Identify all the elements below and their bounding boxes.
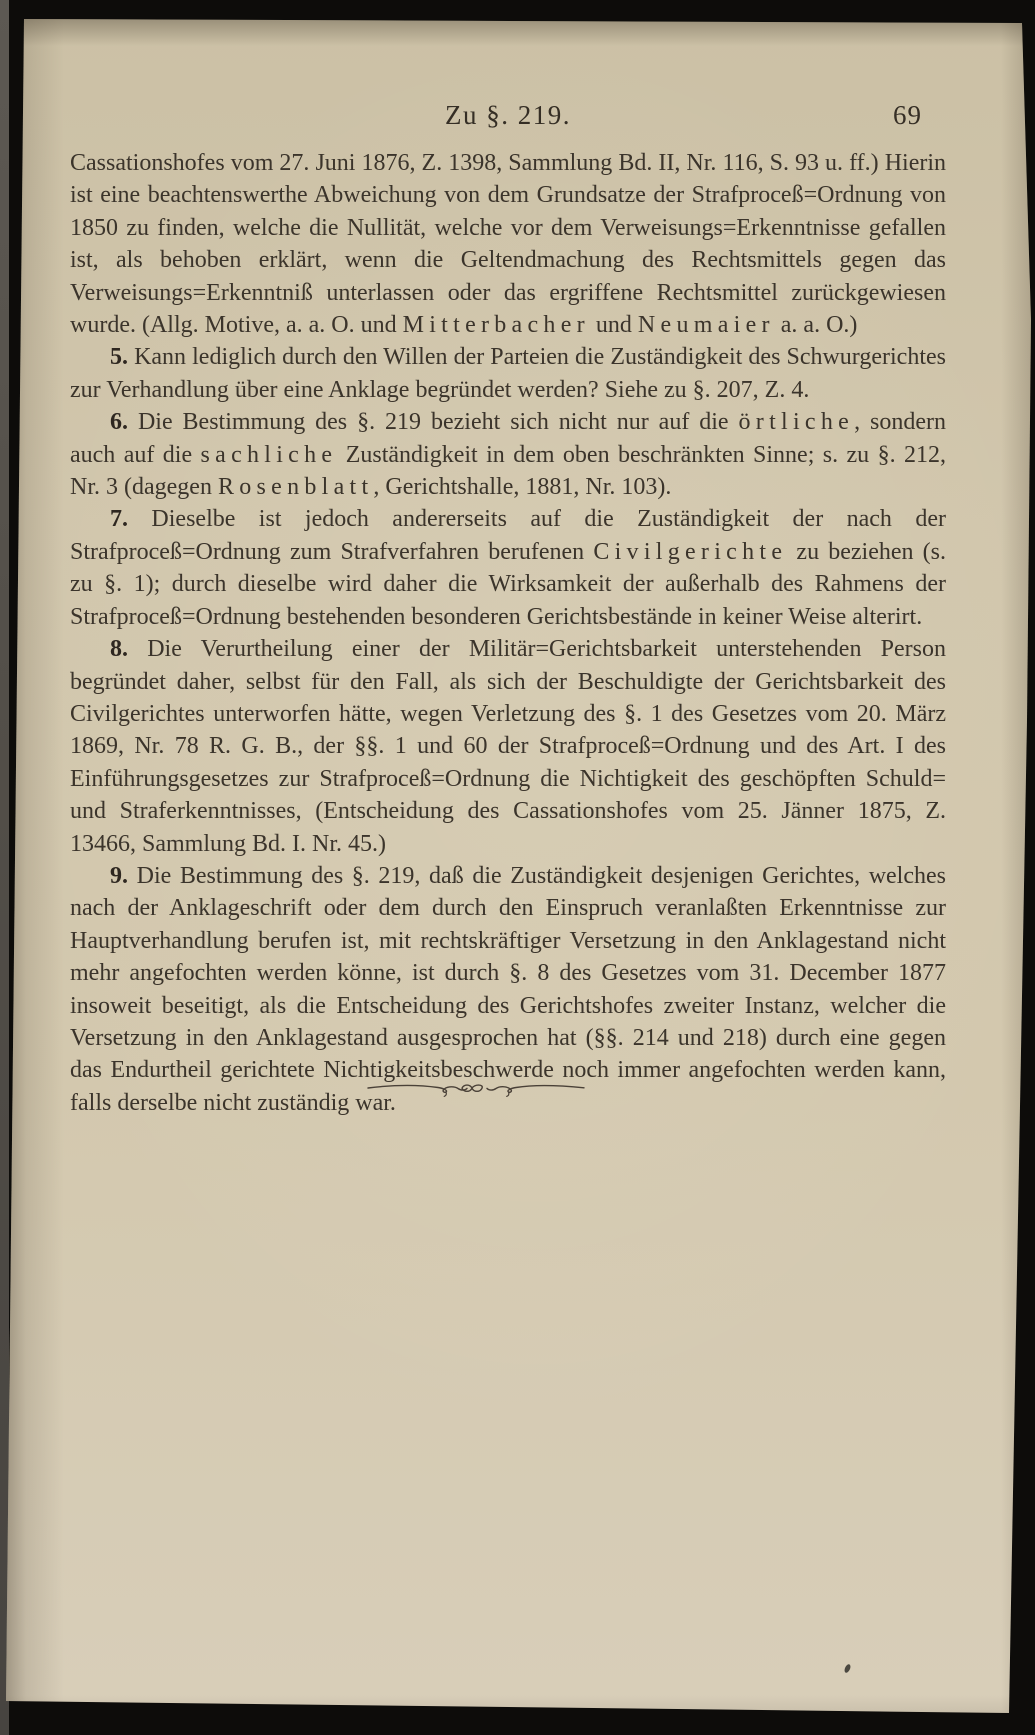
emphasized-name: örtliche — [739, 409, 855, 435]
text-block: Cassationshofes vom 27. Juni 1876, Z. 13… — [70, 147, 946, 1119]
item-number: 9. — [110, 863, 128, 889]
paragraph: 7. Dieselbe ist jedoch andererseits auf … — [70, 503, 946, 633]
item-number: 8. — [110, 636, 128, 662]
paragraph: 6. Die Bestimmung des §. 219 bezieht sic… — [70, 406, 946, 503]
text-run: Die Bestimmung des §. 219 bezieht sich n… — [128, 409, 739, 435]
emphasized-name: Neumaier — [638, 312, 775, 338]
paragraph: 8. Die Verurtheilung einer der Militär=G… — [70, 633, 946, 860]
running-head-section: Zu §. 219. — [70, 100, 946, 131]
text-run: Die Verurtheilung einer der Militär=Geri… — [70, 636, 946, 856]
paragraph: Cassationshofes vom 27. Juni 1876, Z. 13… — [70, 147, 946, 341]
page-number: 69 — [893, 100, 922, 131]
book-page-paper: Zu §. 219. 69 Cassationshofes vom 27. Ju… — [0, 0, 1035, 1735]
ink-speck — [843, 1663, 851, 1673]
emphasized-name: Mitterbacher — [403, 312, 590, 338]
emphasized-name: Civilgerichte — [593, 539, 787, 565]
section-divider-flourish-icon — [366, 1076, 586, 1098]
text-run: , Gerichtshalle, 1881, Nr. 103). — [373, 474, 671, 500]
item-number: 5. — [110, 344, 128, 370]
item-number: 7. — [110, 506, 128, 532]
text-run: a. a. O.) — [775, 312, 858, 338]
scanner-edge-strip — [0, 0, 9, 1735]
emphasized-name: Rosenblatt — [218, 474, 373, 500]
page-header: Zu §. 219. 69 — [70, 100, 946, 136]
emphasized-name: sachliche — [201, 442, 338, 468]
text-run: Kann lediglich durch den Willen der Part… — [70, 344, 946, 402]
paragraph: 5. Kann lediglich durch den Willen der P… — [70, 341, 946, 406]
text-run: Cassationshofes vom 27. Juni 1876, Z. 13… — [70, 150, 946, 338]
text-run: und — [590, 312, 638, 338]
item-number: 6. — [110, 409, 128, 435]
scanned-book-page: Zu §. 219. 69 Cassationshofes vom 27. Ju… — [0, 0, 1035, 1735]
